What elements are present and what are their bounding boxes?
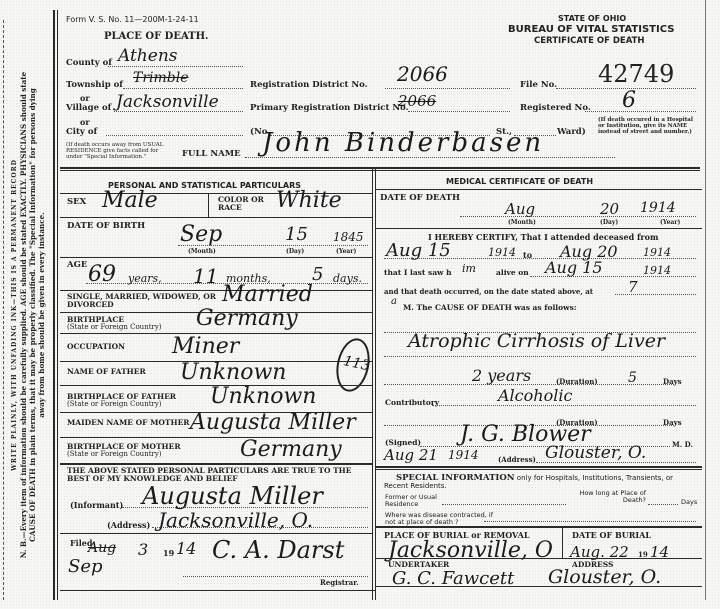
rule: [60, 257, 372, 258]
form-number: Form V. S. No. 11—200M-1-24-11: [66, 15, 199, 24]
cause-text: M. The CAUSE OF DEATH was as follows:: [403, 303, 577, 312]
county-label: County of: [66, 58, 112, 68]
dod-day-caption: (Day): [600, 219, 618, 226]
color-value: White: [276, 188, 342, 213]
rule: [60, 463, 372, 465]
attended-from-year: 1914: [488, 246, 516, 259]
registered-no-value: 6: [622, 88, 636, 113]
rule: [376, 228, 702, 229]
informant-address-value: Jacksonville, O.: [158, 508, 313, 532]
birthplace-sub: (State or Foreign Country): [67, 323, 162, 331]
signed-address-value: Glouster, O.: [545, 443, 646, 463]
registered-no-label: Registered No.: [520, 103, 591, 113]
filed-year-prefix: 19: [163, 548, 174, 558]
attest-text: THE ABOVE STATED PERSONAL PARTICULARS AR…: [67, 467, 372, 483]
burial-date-label: DATE OF BURIAL: [572, 530, 651, 540]
contributory-value: Alcoholic: [498, 386, 572, 405]
rule: [60, 533, 372, 534]
date-of-death-label: DATE OF DEATH: [380, 193, 460, 203]
registration-district-label: Registration District No.: [250, 80, 368, 90]
margin-note-line3: CAUSE OF DEATH in plain terms, that it m…: [28, 35, 37, 595]
filed-day: 3: [138, 540, 148, 559]
main-top-rule-thin: [60, 170, 700, 171]
informant-value: Augusta Miller: [142, 482, 323, 510]
alive-on-label: alive on: [496, 268, 529, 277]
dod-month-caption: (Month): [508, 219, 536, 226]
am-pm-value: a: [391, 296, 397, 307]
city-field-line: [106, 135, 243, 136]
md-label: M. D.: [672, 440, 693, 449]
occurred-text: and that death occurred, on the date sta…: [384, 287, 593, 296]
birthplace-value: Germany: [196, 306, 298, 331]
occupation-label: OCCUPATION: [67, 342, 125, 351]
contracted-label: Where was disease contracted, if not at …: [385, 512, 505, 526]
file-no-value: 42749: [598, 60, 674, 88]
registration-district-line: [385, 88, 510, 89]
dod-month: Aug: [505, 200, 535, 218]
sex-label: SEX: [67, 197, 86, 207]
attended-to-year: 1914: [643, 246, 671, 259]
mother-name-label: MAIDEN NAME OF MOTHER: [67, 418, 190, 427]
main-top-rule: [60, 167, 700, 169]
ward-label: Ward): [557, 127, 586, 137]
dob-year-caption: (Year): [336, 248, 356, 255]
rule: [376, 526, 702, 528]
mother-birthplace-value: Germany: [240, 437, 342, 462]
primary-registration-value: 2066: [398, 92, 436, 110]
dob-year: 1845: [333, 230, 364, 244]
column-divider-inner: [375, 168, 376, 600]
father-birthplace-value: Unknown: [210, 384, 316, 409]
duration1-days: 5: [628, 370, 637, 386]
outer-left-border: [53, 10, 55, 600]
contracted-line: [484, 521, 696, 522]
margin-note-line4: away from home should be given in every …: [37, 35, 46, 595]
dob-day: 15: [285, 224, 308, 245]
last-saw-date: Aug 15: [545, 258, 603, 277]
village-value: Jacksonville: [116, 92, 219, 112]
father-name-value: Unknown: [180, 360, 286, 385]
rule: [376, 586, 702, 587]
sex-value: Male: [102, 188, 158, 213]
rule: [208, 193, 209, 217]
special-info-block: SPECIAL INFORMATION only for Hospitals, …: [384, 474, 699, 490]
state-title: STATE OF OHIO: [558, 14, 626, 23]
primary-registration-line: [408, 111, 510, 112]
village-label: Village of: [66, 103, 111, 113]
rule: [376, 558, 702, 559]
city-label: City of: [66, 127, 97, 137]
outer-right-border: [705, 0, 706, 600]
how-long-label: How long at Place of Death?: [566, 490, 646, 504]
occupation-code: 113: [342, 353, 371, 374]
or-label-2: or: [80, 117, 90, 127]
township-value: Trimble: [133, 70, 189, 86]
signed-address-label: (Address): [498, 455, 536, 464]
dod-year-caption: (Year): [660, 219, 680, 226]
file-no-label: File No.: [520, 80, 557, 90]
marital-value: Married: [222, 282, 313, 307]
color-label: COLOR OR RACE: [218, 196, 278, 211]
usual-residence-note: (If death occurs away from USUAL RESIDEN…: [66, 142, 166, 160]
registrar-line: [183, 576, 368, 577]
rule: [376, 466, 702, 468]
hospital-note: (If death occured in a Hospital or Insti…: [598, 117, 698, 135]
dob-day-caption: (Day): [286, 248, 304, 255]
bureau-title: BUREAU OF VITAL STATISTICS: [508, 24, 674, 35]
former-residence-line: [442, 504, 566, 505]
filed-month-correction: Sep: [68, 556, 103, 577]
rule: [60, 290, 372, 291]
years-label: years,: [128, 272, 162, 285]
margin-note-line2: N. B.—Every item of information should b…: [19, 35, 28, 595]
mother-name-value: Augusta Miller: [190, 410, 356, 435]
margin-note-line1: WRITE PLAINLY, WITH UNFADING INK—THIS IS…: [10, 35, 19, 595]
county-value: Athens: [118, 46, 178, 66]
full-name-label: FULL NAME: [182, 149, 241, 159]
how-long-line: [648, 504, 678, 505]
occupation-value: Miner: [172, 334, 239, 359]
rule: [60, 590, 376, 591]
dob-month-caption: (Month): [188, 248, 216, 255]
rule: [562, 528, 563, 558]
registration-district-value: 2066: [397, 62, 448, 86]
former-residence-label: Former or Usual Residence: [385, 494, 445, 508]
contributory-line: [432, 405, 696, 406]
dod-day: 20: [600, 200, 619, 218]
township-label: Township of: [66, 80, 123, 90]
father-name-label: NAME OF FATHER: [67, 367, 146, 376]
dod-year: 1914: [640, 200, 676, 216]
how-long-days-label: Days: [681, 498, 697, 506]
age-label: AGE: [67, 260, 87, 270]
primary-registration-label: Primary Registration District No.: [250, 103, 409, 113]
rule: [60, 217, 372, 218]
time-value: 7: [628, 278, 638, 296]
signed-year: 1914: [448, 448, 479, 462]
cause-line-2: [384, 356, 696, 357]
cause-value: Atrophic Cirrhosis of Liver: [408, 330, 665, 352]
age-days: 5: [312, 264, 323, 285]
place-of-death-heading: PLACE OF DEATH.: [104, 31, 209, 42]
or-label-1: or: [80, 93, 90, 103]
filed-month: Aug: [88, 540, 116, 556]
dob-month: Sep: [180, 222, 222, 247]
death-certificate-page: WRITE PLAINLY, WITH UNFADING INK—THIS IS…: [0, 0, 720, 609]
certificate-title: CERTIFICATE OF DEATH: [534, 36, 645, 46]
undertaker-address-value: Glouster, O.: [548, 566, 661, 588]
age-years: 69: [88, 262, 116, 287]
registrar-label: Registrar.: [320, 578, 359, 587]
last-saw-text: that I last saw h: [384, 268, 452, 277]
mother-birthplace-sub: (State or Foreign Country): [67, 450, 162, 458]
column-divider: [372, 168, 373, 600]
dob-label: DATE OF BIRTH: [67, 221, 145, 231]
registrar-signature: C. A. Darst: [212, 536, 344, 564]
to-label: to: [523, 250, 532, 260]
duration1-label: (Duration): [556, 377, 598, 386]
duration1-value: 2 years: [472, 366, 531, 385]
age-months: 11: [193, 264, 218, 288]
rule: [376, 189, 702, 190]
county-field-line: [108, 66, 243, 67]
days-label: days.: [333, 272, 362, 285]
outer-left-border-inner: [57, 10, 58, 600]
filed-year: 14: [176, 539, 196, 558]
last-saw-year: 1914: [643, 264, 671, 277]
father-birthplace-sub: (State or Foreign Country): [67, 400, 162, 408]
township-field-line: [123, 88, 243, 89]
signed-date: Aug 21: [384, 446, 438, 464]
marital-label: SINGLE, MARRIED, WIDOWED, OR DIVORCED: [67, 293, 217, 309]
duration1-days-label: Days: [663, 377, 682, 386]
registered-no-line: [585, 111, 696, 112]
informant-label: (Informant): [70, 500, 123, 510]
certify-text: I HEREBY CERTIFY, That I attended deceas…: [428, 232, 658, 242]
date-of-death-line: [460, 216, 696, 217]
margin-instructions: WRITE PLAINLY, WITH UNFADING INK—THIS IS…: [6, 30, 50, 600]
last-saw-pronoun: im: [462, 262, 476, 275]
informant-address-label: (Address): [107, 520, 150, 530]
full-name-value: John Binderbasen: [262, 128, 544, 158]
medical-heading: MEDICAL CERTIFICATE OF DEATH: [446, 177, 593, 186]
rule: [376, 469, 702, 470]
duration2-days-label: Days: [663, 418, 682, 427]
attended-from: Aug 15: [386, 240, 451, 261]
